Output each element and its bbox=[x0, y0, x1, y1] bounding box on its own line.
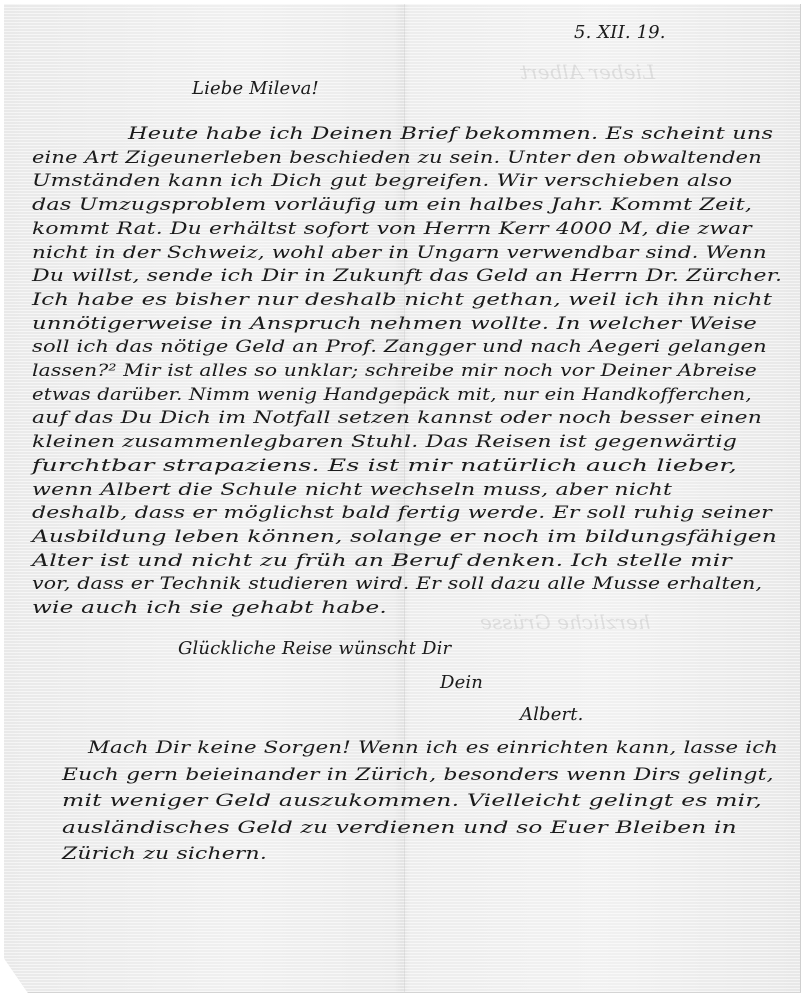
letter-body-line: lassen?² Mir ist alles so unklar; schrei… bbox=[32, 361, 757, 381]
show-through-text: Lieber Albert bbox=[520, 60, 655, 84]
postscript-line: Mach Dir keine Sorgen! Wenn ich es einri… bbox=[88, 738, 778, 758]
letter-body-line: nicht in der Schweiz, wohl aber in Ungar… bbox=[32, 243, 767, 263]
postscript-line: Euch gern beieinander in Zürich, besonde… bbox=[62, 765, 774, 785]
letter-body-line: soll ich das nötige Geld an Prof. Zangge… bbox=[32, 337, 767, 357]
postscript-line: Zürich zu sichern. bbox=[62, 844, 267, 864]
letter-body-line: etwas darüber. Nimm wenig Handgepäck mit… bbox=[32, 385, 752, 405]
letter-body-line: Du willst, sende ich Dir in Zukunft das … bbox=[32, 266, 782, 286]
letter-body-line: auf das Du Dich im Notfall setzen kannst… bbox=[32, 408, 762, 428]
signature: Albert. bbox=[520, 704, 584, 725]
postscript-line: ausländisches Geld zu verdienen und so E… bbox=[62, 818, 737, 838]
letter-body-line: das Umzugsproblem vorläufig um ein halbe… bbox=[32, 195, 752, 215]
letter-body-line: vor, dass er Technik studieren wird. Er … bbox=[32, 574, 762, 594]
letter-body-line: Umständen kann ich Dich gut begreifen. W… bbox=[32, 171, 732, 191]
letter-body-line: Ich habe es bisher nur deshalb nicht get… bbox=[32, 290, 772, 310]
letter-body-line: Ausbildung leben können, solange er noch… bbox=[32, 527, 777, 547]
letter-body-line: wenn Albert die Schule nicht wechseln mu… bbox=[32, 480, 672, 500]
letter-body-line: furchtbar strapaziens. Es ist mir natürl… bbox=[32, 456, 737, 476]
letter-body-line: Alter ist und nicht zu früh an Beruf den… bbox=[32, 551, 732, 571]
letter-body-line: eine Art Zigeunerleben beschieden zu sei… bbox=[32, 148, 762, 168]
letter-body-line: deshalb, dass er möglichst bald fertig w… bbox=[32, 503, 772, 523]
closing-line: Glückliche Reise wünscht Dir bbox=[178, 638, 451, 659]
salutation: Liebe Mileva! bbox=[192, 78, 319, 99]
letter-body-line: kommt Rat. Du erhältst sofort von Herrn … bbox=[32, 219, 752, 239]
postscript-line: mit weniger Geld auszukommen. Vielleicht… bbox=[62, 791, 762, 811]
letter-body-line: wie auch ich sie gehabt habe. bbox=[32, 598, 387, 618]
letter-body-line: unnötigerweise in Anspruch nehmen wollte… bbox=[32, 314, 757, 334]
closing-dein: Dein bbox=[440, 672, 483, 693]
show-through-text: herzliche Grüsse bbox=[480, 610, 651, 634]
letter-date: 5. XII. 19. bbox=[574, 22, 666, 43]
letter-body-line: kleinen zusammenlegbaren Stuhl. Das Reis… bbox=[32, 432, 737, 452]
letter-body-line: Heute habe ich Deinen Brief bekommen. Es… bbox=[128, 124, 773, 144]
